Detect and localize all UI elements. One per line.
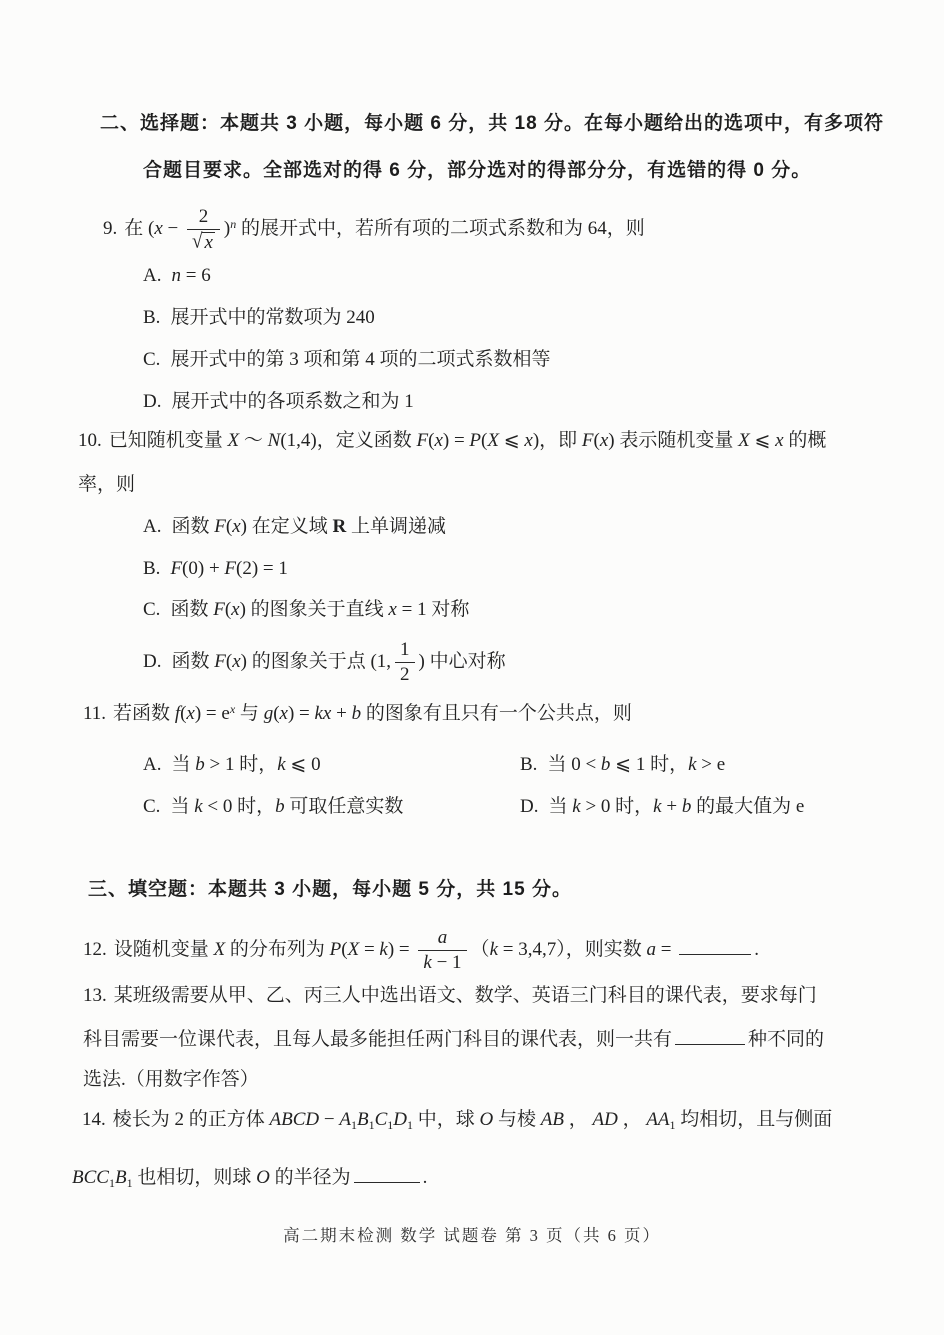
q11-option-d-text: 当 k > 0 时，k + b 的最大值为 e <box>548 796 804 817</box>
q12-number: 12. <box>83 936 107 963</box>
q10-option-c: C.函数 F(x) 的图象关于直线 x = 1 对称 <box>143 596 469 623</box>
q11-option-c-text: 当 k < 0 时，b 可取任意实数 <box>170 796 403 817</box>
q9-option-d-text: 展开式中的各项系数之和为 1 <box>171 391 413 412</box>
q10-option-b-text: F(0) + F(2) = 1 <box>170 558 287 579</box>
q12-stem: 12.设随机变量 X 的分布列为 P(X = k) = ak − 1（k = 3… <box>83 928 759 973</box>
q10-option-a-label: A. <box>143 513 161 540</box>
q10-option-a: A.函数 F(x) 在定义域 R 上单调递减 <box>143 513 446 540</box>
section-ii-title: 二、选择题： <box>100 113 220 134</box>
section-ii-instructions-1: 本题共 3 小题，每小题 6 分，共 18 分。在每小题给出的选项中，有多项符 <box>220 113 884 134</box>
q9-option-c-label: C. <box>143 346 160 373</box>
q13-number: 13. <box>83 982 107 1009</box>
q9-stem: 9.在 (x − 2√x)n 的展开式中，若所有项的二项式系数和为 64，则 <box>103 207 645 253</box>
q11-option-c-label: C. <box>143 793 160 820</box>
q14-number: 14. <box>82 1106 106 1133</box>
q13-text-2: 科目需要一位课代表，且每人最多能担任两门科目的课代表，则一共有种不同的 <box>83 1029 824 1050</box>
section-iii-instructions: 本题共 3 小题，每小题 5 分，共 15 分。 <box>208 879 572 900</box>
q13-line2: 科目需要一位课代表，且每人最多能担任两门科目的课代表，则一共有种不同的 <box>83 1024 824 1053</box>
q9-option-c-text: 展开式中的第 3 项和第 4 项的二项式系数相等 <box>170 349 550 370</box>
q11-option-b-text: 当 0 < b ⩽ 1 时，k > e <box>547 754 725 775</box>
q9-option-a-label: A. <box>143 262 161 289</box>
q10-number: 10. <box>78 427 102 454</box>
q9-option-b-label: B. <box>143 304 160 331</box>
section-iii-title: 三、填空题： <box>88 879 208 900</box>
q9-option-d: D.展开式中的各项系数之和为 1 <box>143 388 414 415</box>
q11-option-a-text: 当 b > 1 时，k ⩽ 0 <box>171 754 320 775</box>
q13-text-1: 某班级需要从甲、乙、丙三人中选出语文、数学、英语三门科目的课代表，要求每门 <box>114 985 817 1006</box>
q9-number: 9. <box>103 215 117 242</box>
q11-option-d-label: D. <box>520 793 538 820</box>
q14-text-2: BCC1B1 也相切，则球 O 的半径为. <box>72 1167 427 1188</box>
q11-option-a: A.当 b > 1 时，k ⩽ 0 <box>143 751 321 778</box>
q10-option-d: D.函数 F(x) 的图象关于点 (1,12) 中心对称 <box>143 640 506 685</box>
exam-page: { "page": { "footer": "高二期末检测 数学 试题卷 第 3… <box>0 0 944 1335</box>
q10-option-b-label: B. <box>143 555 160 582</box>
q9-option-d-label: D. <box>143 388 161 415</box>
q9-option-a: A.n = 6 <box>143 262 211 289</box>
section-ii-heading-line1: 二、选择题：本题共 3 小题，每小题 6 分，共 18 分。在每小题给出的选项中… <box>100 110 884 137</box>
q10-option-d-text: 函数 F(x) 的图象关于点 (1,12) 中心对称 <box>171 651 505 672</box>
q9-option-c: C.展开式中的第 3 项和第 4 项的二项式系数相等 <box>143 346 550 373</box>
q10-stem-text-1: 已知随机变量 X ～ N(1,4)，定义函数 F(x) = P(X ⩽ x)，即… <box>109 430 827 451</box>
q14-line1: 14.棱长为 2 的正方体 ABCD − A1B1C1D1 中，球 O 与棱 A… <box>82 1106 832 1133</box>
section-iii-heading: 三、填空题：本题共 3 小题，每小题 5 分，共 15 分。 <box>88 876 572 903</box>
q10-option-c-text: 函数 F(x) 的图象关于直线 x = 1 对称 <box>170 599 469 620</box>
q11-option-c: C.当 k < 0 时，b 可取任意实数 <box>143 793 403 820</box>
q10-stem-line2: 率，则 <box>78 471 135 498</box>
q13-line1: 13.某班级需要从甲、乙、丙三人中选出语文、数学、英语三门科目的课代表，要求每门 <box>83 982 817 1009</box>
section-ii-heading-line2: 合题目要求。全部选对的得 6 分，部分选对的得部分分，有选错的得 0 分。 <box>143 157 811 184</box>
q11-option-a-label: A. <box>143 751 161 778</box>
q14-text-1: 棱长为 2 的正方体 ABCD − A1B1C1D1 中，球 O 与棱 AB ，… <box>113 1109 833 1130</box>
page-footer: 高二期末检测 数学 试题卷 第 3 页（共 6 页） <box>0 1222 944 1246</box>
q10-option-d-label: D. <box>143 648 161 675</box>
q9-option-b-text: 展开式中的常数项为 240 <box>170 307 374 328</box>
q9-option-a-text: n = 6 <box>171 265 210 286</box>
q9-stem-text: 在 (x − 2√x)n 的展开式中，若所有项的二项式系数和为 64，则 <box>124 218 644 239</box>
q12-stem-text: 设随机变量 X 的分布列为 P(X = k) = ak − 1（k = 3,4,… <box>114 939 759 960</box>
q10-stem-text-2: 率，则 <box>78 474 135 495</box>
q10-option-b: B.F(0) + F(2) = 1 <box>143 555 288 582</box>
q11-option-b: B.当 0 < b ⩽ 1 时，k > e <box>520 751 725 778</box>
q14-line2: BCC1B1 也相切，则球 O 的半径为. <box>72 1162 427 1191</box>
q13-text-3: 选法.（用数字作答） <box>83 1069 259 1090</box>
q13-line3: 选法.（用数字作答） <box>83 1066 259 1093</box>
q10-option-c-label: C. <box>143 596 160 623</box>
q11-number: 11. <box>83 700 106 727</box>
q11-stem-text: 若函数 f(x) = ex 与 g(x) = kx + b 的图象有且只有一个公… <box>113 703 632 724</box>
q9-option-b: B.展开式中的常数项为 240 <box>143 304 375 331</box>
q11-option-d: D.当 k > 0 时，k + b 的最大值为 e <box>520 793 804 820</box>
q11-option-b-label: B. <box>520 751 537 778</box>
q11-stem: 11.若函数 f(x) = ex 与 g(x) = kx + b 的图象有且只有… <box>83 700 632 727</box>
section-ii-instructions-2: 合题目要求。全部选对的得 6 分，部分选对的得部分分，有选错的得 0 分。 <box>143 160 811 181</box>
q10-option-a-text: 函数 F(x) 在定义域 R 上单调递减 <box>171 516 445 537</box>
q10-stem-line1: 10.已知随机变量 X ～ N(1,4)，定义函数 F(x) = P(X ⩽ x… <box>78 427 826 454</box>
